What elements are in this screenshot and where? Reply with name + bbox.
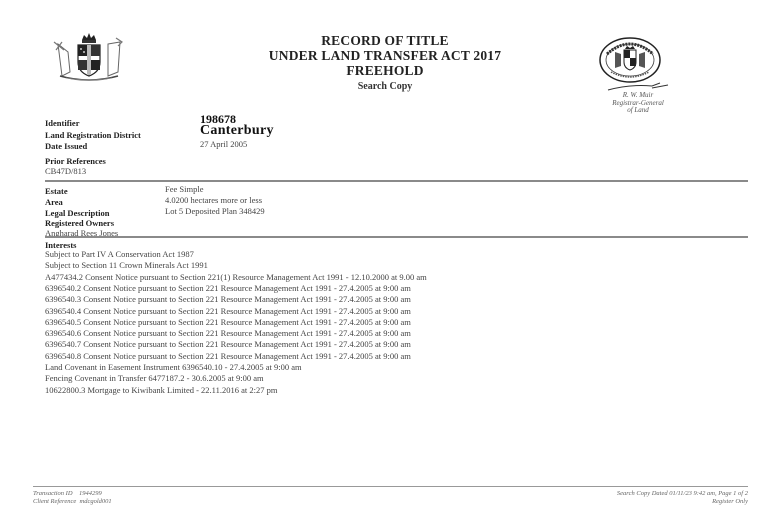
search-copy-label: Search Copy: [200, 80, 570, 94]
interest-item: Land Covenant in Easement Instrument 639…: [45, 362, 302, 373]
date-issued-value: 27 April 2005: [200, 139, 247, 150]
signature-icon: [590, 82, 686, 92]
title-line-2: UNDER LAND TRANSFER ACT 2017: [200, 48, 570, 63]
footer-divider: [33, 486, 748, 487]
interest-item: 6396540.6 Consent Notice pursuant to Sec…: [45, 328, 411, 339]
transaction-id-value: 1944299: [79, 490, 102, 497]
date-issued-row: Date Issued 27 April 2005: [45, 139, 87, 150]
interest-item: 6396540.8 Consent Notice pursuant to Sec…: [45, 351, 411, 362]
estate-row: Estate Fee Simple: [45, 184, 68, 195]
district-value: Canterbury: [200, 125, 274, 136]
footer-right: Search Copy Dated 01/11/23 9:42 am, Page…: [617, 490, 748, 505]
date-issued-label: Date Issued: [45, 141, 87, 151]
title-line-3: FREEHOLD: [200, 63, 570, 78]
signatory-title-2: of Land: [590, 107, 686, 115]
area-row: Area 4.0200 hectares more or less: [45, 195, 63, 206]
identifier-row: Identifier 198678: [45, 116, 79, 127]
registrar-signature-block: R. W. Muir Registrar-General of Land: [590, 82, 686, 115]
client-reference-value: mdcgold001: [80, 498, 112, 505]
interests-label-row: Interests: [45, 238, 76, 249]
footer-left: Transaction ID 1944299 Client Reference …: [33, 490, 112, 505]
section-divider: [45, 180, 748, 182]
interest-item: Subject to Part IV A Conservation Act 19…: [45, 249, 194, 260]
prior-references-value-row: CB47D/813: [45, 164, 86, 175]
interest-item: A477434.2 Consent Notice pursuant to Sec…: [45, 272, 427, 283]
district-row: Land Registration District Canterbury: [45, 128, 141, 139]
interest-item: 10622800.3 Mortgage to Kiwibank Limited …: [45, 385, 277, 396]
nz-coat-of-arms-icon: [46, 32, 132, 82]
interest-item: Subject to Section 11 Crown Minerals Act…: [45, 260, 208, 271]
title-line-1: RECORD OF TITLE: [200, 33, 570, 48]
prior-references-value: CB47D/813: [45, 166, 86, 176]
section-divider: [45, 236, 748, 238]
identifier-label: Identifier: [45, 118, 79, 128]
document-title: RECORD OF TITLE UNDER LAND TRANSFER ACT …: [200, 33, 570, 94]
registrar-general-seal-icon: [597, 36, 663, 86]
interest-item: 6396540.3 Consent Notice pursuant to Sec…: [45, 294, 411, 305]
interest-item: 6396540.4 Consent Notice pursuant to Sec…: [45, 306, 411, 317]
interest-item: 6396540.2 Consent Notice pursuant to Sec…: [45, 283, 411, 294]
transaction-id-label: Transaction ID: [33, 490, 73, 497]
estate-value: Fee Simple: [165, 184, 203, 195]
interest-item: Fencing Covenant in Transfer 6477187.2 -…: [45, 373, 264, 384]
interest-item: 6396540.7 Consent Notice pursuant to Sec…: [45, 339, 411, 350]
client-reference-label: Client Reference: [33, 498, 76, 505]
register-only-label: Register Only: [617, 498, 748, 506]
search-copy-dated: Search Copy Dated 01/11/23 9:42 am, Page…: [617, 490, 748, 498]
legal-description-value: Lot 5 Deposited Plan 348429: [165, 206, 265, 217]
area-value: 4.0200 hectares more or less: [165, 195, 262, 206]
interest-item: 6396540.5 Consent Notice pursuant to Sec…: [45, 317, 411, 328]
